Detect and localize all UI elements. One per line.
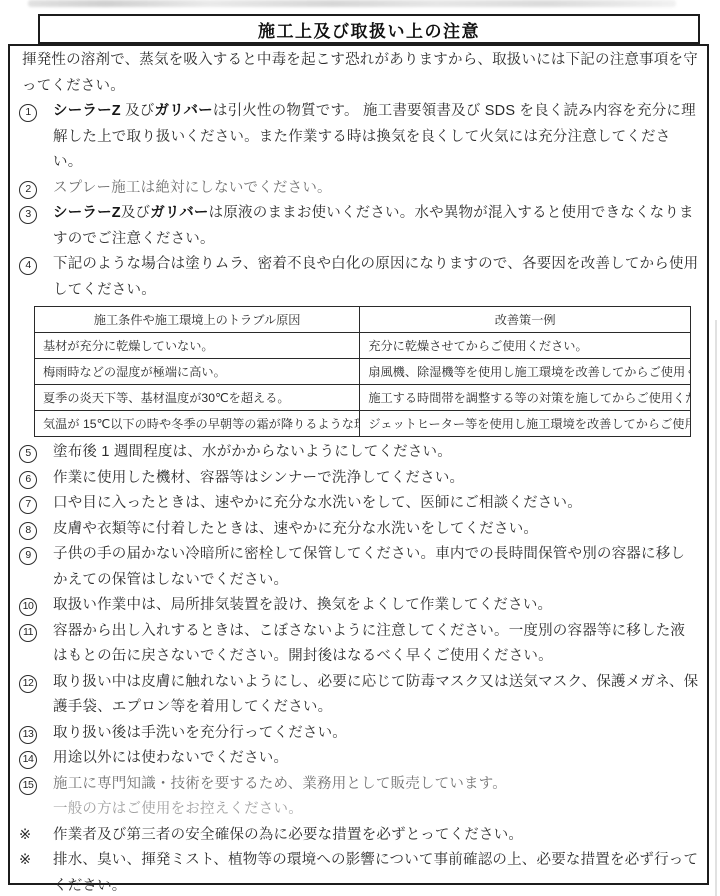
remedy-cell: 扇風機、除湿機等を使用し施工環境を改善してからご使用ください。 (360, 359, 691, 385)
circled-number-icon: 8 (19, 522, 37, 540)
item-text: 取り扱い中は皮膚に触れないようにし、必要に応じて防毒マスク又は送気マスク、保護メ… (53, 670, 699, 721)
item-number: 15 (16, 772, 53, 798)
item-number: 3 (16, 201, 53, 227)
circled-number-icon: 14 (19, 751, 37, 769)
product-name: ガリバー (155, 103, 213, 119)
causes-table: 施工条件や施工環境上のトラブル原因改善策一例 基材が充分に乾燥していない。充分に… (34, 306, 691, 437)
item-text: シーラーZ 及びガリバーは引火性の物質です。 施工書要領書及び SDS を良く読… (53, 99, 699, 176)
page-title: 施工上及び取扱い上の注意 (258, 17, 480, 42)
circled-number-icon: 7 (19, 496, 37, 514)
document-page: 施工上及び取扱い上の注意 揮発性の溶剤で、蒸気を吸入すると中毒を起こす恐れがあり… (0, 0, 720, 896)
numbered-item: 10取扱い作業中は、局所排気装置を設け、換気をよくして作業してください。 (16, 593, 699, 619)
numbered-items-after-table: 5塗布後 1 週間程度は、水がかからないようにしてください。6作業に使用した機材… (16, 440, 699, 823)
table-row: 夏季の炎天下等、基材温度が30℃を超える。施工する時間帯を調整する等の対策を施し… (35, 385, 691, 411)
table-header-cell: 施工条件や施工環境上のトラブル原因 (35, 307, 360, 333)
item-text-segment: 及び (121, 205, 150, 221)
item-number: 11 (16, 619, 53, 645)
item-text: 塗布後 1 週間程度は、水がかからないようにしてください。 (53, 440, 699, 466)
item-text-segment: 下記のような場合は塗りムラ、密着不良や白化の原因になりますので、各要因を改善して… (53, 256, 698, 298)
circled-number-icon: 15 (19, 777, 37, 795)
remedy-cell: ジェットヒーター等を使用し施工環境を改善してからご使用ください。 (360, 411, 691, 437)
item-number: 4 (16, 252, 53, 278)
item-text-segment: 用途以外には使わないでください。 (53, 750, 288, 766)
circled-number-icon: 3 (19, 206, 37, 224)
document-body: 揮発性の溶剤で、蒸気を吸入すると中毒を起こす恐れがありますから、取扱いには下記の… (8, 44, 709, 885)
cause-cell: 梅雨時などの湿度が極端に高い。 (35, 359, 360, 385)
numbered-item: 3シーラーZ及びガリバーは原液のままお使いください。水や異物が混入すると使用でき… (16, 201, 699, 252)
item-text: 容器から出し入れするときは、こぼさないように注意してください。一度別の容器等に移… (53, 619, 699, 670)
item-text-segment: 取扱い作業中は、局所排気装置を設け、換気をよくして作業してください。 (53, 597, 552, 613)
circled-number-icon: 12 (19, 675, 37, 693)
item-text: 取扱い作業中は、局所排気装置を設け、換気をよくして作業してください。 (53, 593, 699, 619)
item-number: 14 (16, 746, 53, 772)
item-text: 子供の手の届かない冷暗所に密栓して保管してください。車内での長時間保管や別の容器… (53, 542, 699, 593)
product-name: ガリバー (150, 205, 208, 221)
note-text: 作業者及び第三者の安全確保の為に必要な措置を必ずとってください。 (53, 823, 699, 849)
item-text: 下記のような場合は塗りムラ、密着不良や白化の原因になりますので、各要因を改善して… (53, 252, 699, 303)
circled-number-icon: 2 (19, 181, 37, 199)
numbered-item: 8皮膚や衣類等に付着したときは、速やかに充分な水洗いをしてください。 (16, 517, 699, 543)
item-text: 施工に専門知識・技術を要するため、業務用として販売しています。一般の方はご使用を… (53, 772, 699, 823)
item-text-segment: 皮膚や衣類等に付着したときは、速やかに充分な水洗いをしてください。 (53, 521, 538, 537)
numbered-item: 1シーラーZ 及びガリバーは引火性の物質です。 施工書要領書及び SDS を良く… (16, 99, 699, 176)
item-text: 用途以外には使わないでください。 (53, 746, 699, 772)
circled-number-icon: 10 (19, 598, 37, 616)
numbered-item: 12取り扱い中は皮膚に触れないようにし、必要に応じて防毒マスク又は送気マスク、保… (16, 670, 699, 721)
scan-artifact-top (28, 0, 676, 7)
numbered-item: 4下記のような場合は塗りムラ、密着不良や白化の原因になりますので、各要因を改善し… (16, 252, 699, 303)
circled-number-icon: 5 (19, 445, 37, 463)
numbered-item: 2スプレー施工は絶対にしないでください。 (16, 176, 699, 202)
circled-number-icon: 4 (19, 257, 37, 275)
item-number: 9 (16, 542, 53, 568)
item-number: 8 (16, 517, 53, 543)
item-number: 6 (16, 466, 53, 492)
item-number: 5 (16, 440, 53, 466)
scan-artifact-right (715, 320, 717, 896)
numbered-item: 7口や目に入ったときは、速やかに充分な水洗いをして、医師にご相談ください。 (16, 491, 699, 517)
table-row: 基材が充分に乾燥していない。充分に乾燥させてからご使用ください。 (35, 333, 691, 359)
item-text-segment: 作業に使用した機材、容器等はシンナーで洗浄してください。 (53, 470, 464, 486)
product-name: シーラーZ (53, 205, 121, 221)
product-name: シーラーZ (53, 103, 121, 119)
item-text-line2: 一般の方はご使用をお控えください。 (53, 797, 699, 823)
note-item: ※排水、臭い、揮発ミスト、植物等の環境への影響について事前確認の上、必要な措置を… (16, 848, 699, 896)
table-header-row: 施工条件や施工環境上のトラブル原因改善策一例 (35, 307, 691, 333)
intro-paragraph: 揮発性の溶剤で、蒸気を吸入すると中毒を起こす恐れがありますから、取扱いには下記の… (16, 48, 699, 99)
causes-table-head: 施工条件や施工環境上のトラブル原因改善策一例 (35, 307, 691, 333)
numbered-item: 6作業に使用した機材、容器等はシンナーで洗浄してください。 (16, 466, 699, 492)
cause-cell: 夏季の炎天下等、基材温度が30℃を超える。 (35, 385, 360, 411)
note-items: ※作業者及び第三者の安全確保の為に必要な措置を必ずとってください。※排水、臭い、… (16, 823, 699, 896)
causes-table-body: 基材が充分に乾燥していない。充分に乾燥させてからご使用ください。梅雨時などの湿度… (35, 333, 691, 437)
numbered-item: 9子供の手の届かない冷暗所に密栓して保管してください。車内での長時間保管や別の容… (16, 542, 699, 593)
numbered-item: 11容器から出し入れするときは、こぼさないように注意してください。一度別の容器等… (16, 619, 699, 670)
item-number: 12 (16, 670, 53, 696)
note-item: ※作業者及び第三者の安全確保の為に必要な措置を必ずとってください。 (16, 823, 699, 849)
item-text-segment: 子供の手の届かない冷暗所に密栓して保管してください。車内での長時間保管や別の容器… (53, 546, 685, 588)
reference-mark: ※ (16, 848, 53, 874)
numbered-item: 5塗布後 1 週間程度は、水がかからないようにしてください。 (16, 440, 699, 466)
item-number: 1 (16, 99, 53, 125)
item-number: 13 (16, 721, 53, 747)
cause-cell: 基材が充分に乾燥していない。 (35, 333, 360, 359)
item-text-segment: 口や目に入ったときは、速やかに充分な水洗いをして、医師にご相談ください。 (53, 495, 582, 511)
numbered-items-before-table: 1シーラーZ 及びガリバーは引火性の物質です。 施工書要領書及び SDS を良く… (16, 99, 699, 303)
item-text-segment: 塗布後 1 週間程度は、水がかからないようにしてください。 (53, 444, 452, 460)
document-title-box: 施工上及び取扱い上の注意 (38, 14, 700, 44)
item-number: 7 (16, 491, 53, 517)
item-text: スプレー施工は絶対にしないでください。 (53, 176, 699, 202)
item-text-segment: 施工に専門知識・技術を要するため、業務用として販売しています。 (53, 776, 507, 792)
item-text: 口や目に入ったときは、速やかに充分な水洗いをして、医師にご相談ください。 (53, 491, 699, 517)
item-text: 作業に使用した機材、容器等はシンナーで洗浄してください。 (53, 466, 699, 492)
item-number: 2 (16, 176, 53, 202)
item-text-segment: 容器から出し入れするときは、こぼさないように注意してください。一度別の容器等に移… (53, 623, 685, 665)
remedy-cell: 施工する時間帯を調整する等の対策を施してからご使用ください。 (360, 385, 691, 411)
item-text: 皮膚や衣類等に付着したときは、速やかに充分な水洗いをしてください。 (53, 517, 699, 543)
table-header-cell: 改善策一例 (360, 307, 691, 333)
item-text: 取り扱い後は手洗いを充分行ってください。 (53, 721, 699, 747)
circled-number-icon: 6 (19, 471, 37, 489)
reference-mark: ※ (16, 823, 53, 849)
remedy-cell: 充分に乾燥させてからご使用ください。 (360, 333, 691, 359)
item-number: 10 (16, 593, 53, 619)
item-text-segment: 取り扱い後は手洗いを充分行ってください。 (53, 725, 347, 741)
circled-number-icon: 9 (19, 547, 37, 565)
numbered-item: 13取り扱い後は手洗いを充分行ってください。 (16, 721, 699, 747)
item-text: シーラーZ及びガリバーは原液のままお使いください。水や異物が混入すると使用できな… (53, 201, 699, 252)
item-text-segment: スプレー施工は絶対にしないでください。 (53, 180, 332, 196)
numbered-item: 15施工に専門知識・技術を要するため、業務用として販売しています。一般の方はご使… (16, 772, 699, 823)
circled-number-icon: 1 (19, 104, 37, 122)
circled-number-icon: 13 (19, 726, 37, 744)
table-row: 気温が 15℃以下の時や冬季の早朝等の霜が降りるような環境。ジェットヒーター等を… (35, 411, 691, 437)
circled-number-icon: 11 (19, 624, 37, 642)
cause-cell: 気温が 15℃以下の時や冬季の早朝等の霜が降りるような環境。 (35, 411, 360, 437)
item-text-segment: 取り扱い中は皮膚に触れないようにし、必要に応じて防毒マスク又は送気マスク、保護メ… (53, 674, 698, 716)
numbered-item: 14用途以外には使わないでください。 (16, 746, 699, 772)
item-text-segment: 及び (121, 103, 155, 119)
note-text: 排水、臭い、揮発ミスト、植物等の環境への影響について事前確認の上、必要な措置を必… (53, 848, 699, 896)
table-row: 梅雨時などの湿度が極端に高い。扇風機、除湿機等を使用し施工環境を改善してからご使… (35, 359, 691, 385)
